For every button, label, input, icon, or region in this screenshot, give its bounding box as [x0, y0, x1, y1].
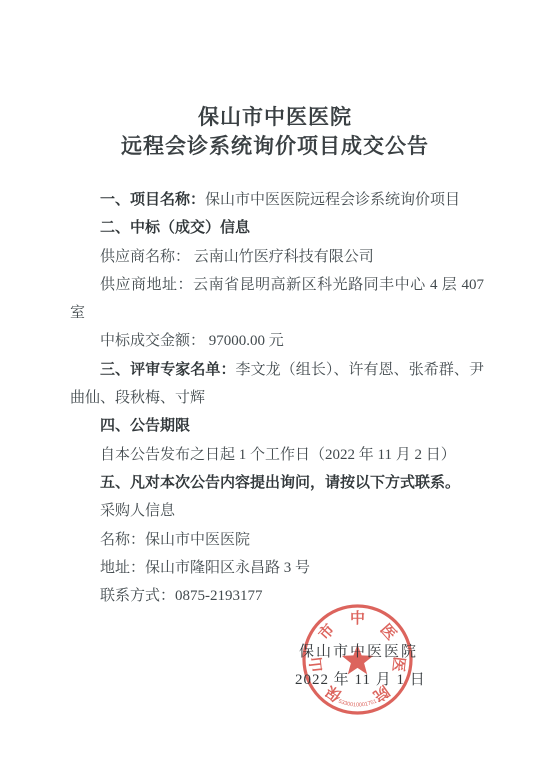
para-purchaser-info: 采购人信息: [70, 497, 484, 525]
para-notice-period: 自本公告发布之日起 1 个工作日（2022 年 11 月 2 日）: [70, 441, 484, 469]
para-award-info-heading: 二、中标（成交）信息: [70, 214, 484, 242]
para-purchaser-address: 地址：保山市隆阳区永昌路 3 号: [70, 554, 484, 582]
para-text: 自本公告发布之日起 1 个工作日（2022 年 11 月 2 日）: [100, 447, 456, 463]
seal-code: 5330010001751: [337, 699, 377, 709]
seal-org-char: 中: [350, 610, 365, 627]
para-text: 供应商地址：云南省昆明高新区科光路同丰中心 4 层 407 室: [70, 277, 484, 321]
para-supplier-address: 供应商地址：云南省昆明高新区科光路同丰中心 4 层 407 室: [70, 271, 484, 328]
para-notice-period-heading: 四、公告期限: [70, 412, 484, 440]
section-heading: 二、中标（成交）信息: [100, 219, 250, 236]
para-text: 中标成交金额： 97000.00 元: [100, 333, 284, 349]
signature-date: 2022 年 11 月 1 日: [295, 668, 426, 689]
title-line-2: 远程会诊系统询价项目成交公告: [0, 132, 550, 161]
para-text: 保山市中医医院远程会诊系统询价项目: [205, 192, 460, 208]
title-line-1: 保山市中医医院: [0, 103, 550, 132]
para-text: 地址：保山市隆阳区永昌路 3 号: [100, 560, 310, 576]
para-purchaser-name: 名称：保山市中医医院: [70, 526, 484, 554]
para-text: 名称：保山市中医医院: [100, 532, 250, 548]
para-project-name: 一、项目名称：保山市中医医院远程会诊系统询价项目: [70, 186, 484, 214]
para-award-amount: 中标成交金额： 97000.00 元: [70, 327, 484, 355]
section-heading: 四、公告期限: [100, 417, 190, 434]
section-heading: 一、项目名称：: [100, 191, 205, 208]
seal-code-text: 5330010001751: [337, 699, 377, 709]
para-text: 供应商名称： 云南山竹医疗科技有限公司: [100, 249, 374, 265]
para-contact-heading: 五、凡对本次公告内容提出询问，请按以下方式联系。: [70, 469, 484, 497]
document-body: 一、项目名称：保山市中医医院远程会诊系统询价项目 二、中标（成交）信息 供应商名…: [70, 186, 484, 610]
para-text: 采购人信息: [100, 503, 175, 519]
para-text: 联系方式：0875-2193177: [100, 588, 263, 604]
signature-org: 保山市中医医院: [299, 640, 418, 661]
section-heading: 五、凡对本次公告内容提出询问，请按以下方式联系。: [100, 474, 460, 491]
document-page: 保山市中医医院 远程会诊系统询价项目成交公告 一、项目名称：保山市中医医院远程会…: [0, 0, 550, 781]
document-title: 保山市中医医院 远程会诊系统询价项目成交公告: [0, 103, 550, 161]
para-contact-phone: 联系方式：0875-2193177: [70, 582, 484, 610]
para-supplier-name: 供应商名称： 云南山竹医疗科技有限公司: [70, 243, 484, 271]
section-heading: 三、评审专家名单：: [100, 361, 236, 378]
para-review-experts: 三、评审专家名单：李文龙（组长）、许有恩、张希群、尹曲仙、段秋梅、寸辉: [70, 356, 484, 413]
